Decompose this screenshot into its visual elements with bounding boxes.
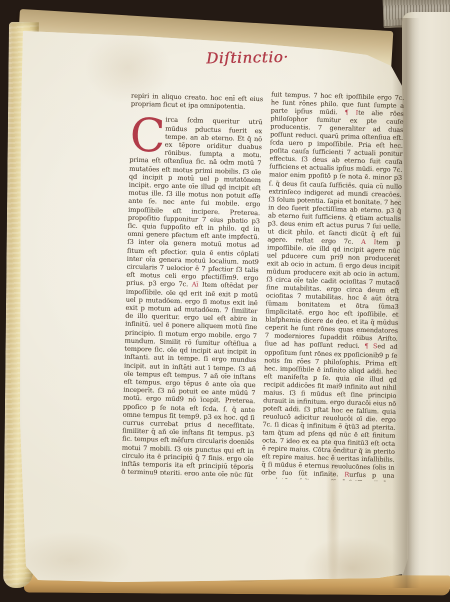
- right-column-body-paragraph: fuit tempus. 7 hoc eſt ipoſſibile ergo 7…: [261, 90, 404, 481]
- rubricated-initial-c: C: [130, 116, 164, 155]
- running-header-distinctio: Diſtinctio·: [206, 47, 326, 67]
- left-column-intro-paragraph: repiri in aliquo creato. hoc enī eſt eiu…: [131, 92, 263, 112]
- left-column-body-text: irca ſcdm queritur utrū mūdus pductus fu…: [121, 116, 262, 477]
- left-column-body-paragraph: Circa ſcdm queritur utrū mūdus pductus f…: [121, 115, 262, 477]
- text-column-left: repiri in aliquo creato. hoc enī eſt eiu…: [121, 92, 263, 477]
- right-column-body-text: fuit tempus. 7 hoc eſt ipoſſibile ergo 7…: [261, 90, 404, 481]
- printed-text-block: Diſtinctio· repiri in aliquo creato. hoc…: [0, 0, 450, 602]
- text-column-right: fuit tempus. 7 hoc eſt ipoſſibile ergo 7…: [261, 90, 404, 481]
- photo-of-open-book: { "page": { "running_header": "Diſtincti…: [0, 0, 450, 602]
